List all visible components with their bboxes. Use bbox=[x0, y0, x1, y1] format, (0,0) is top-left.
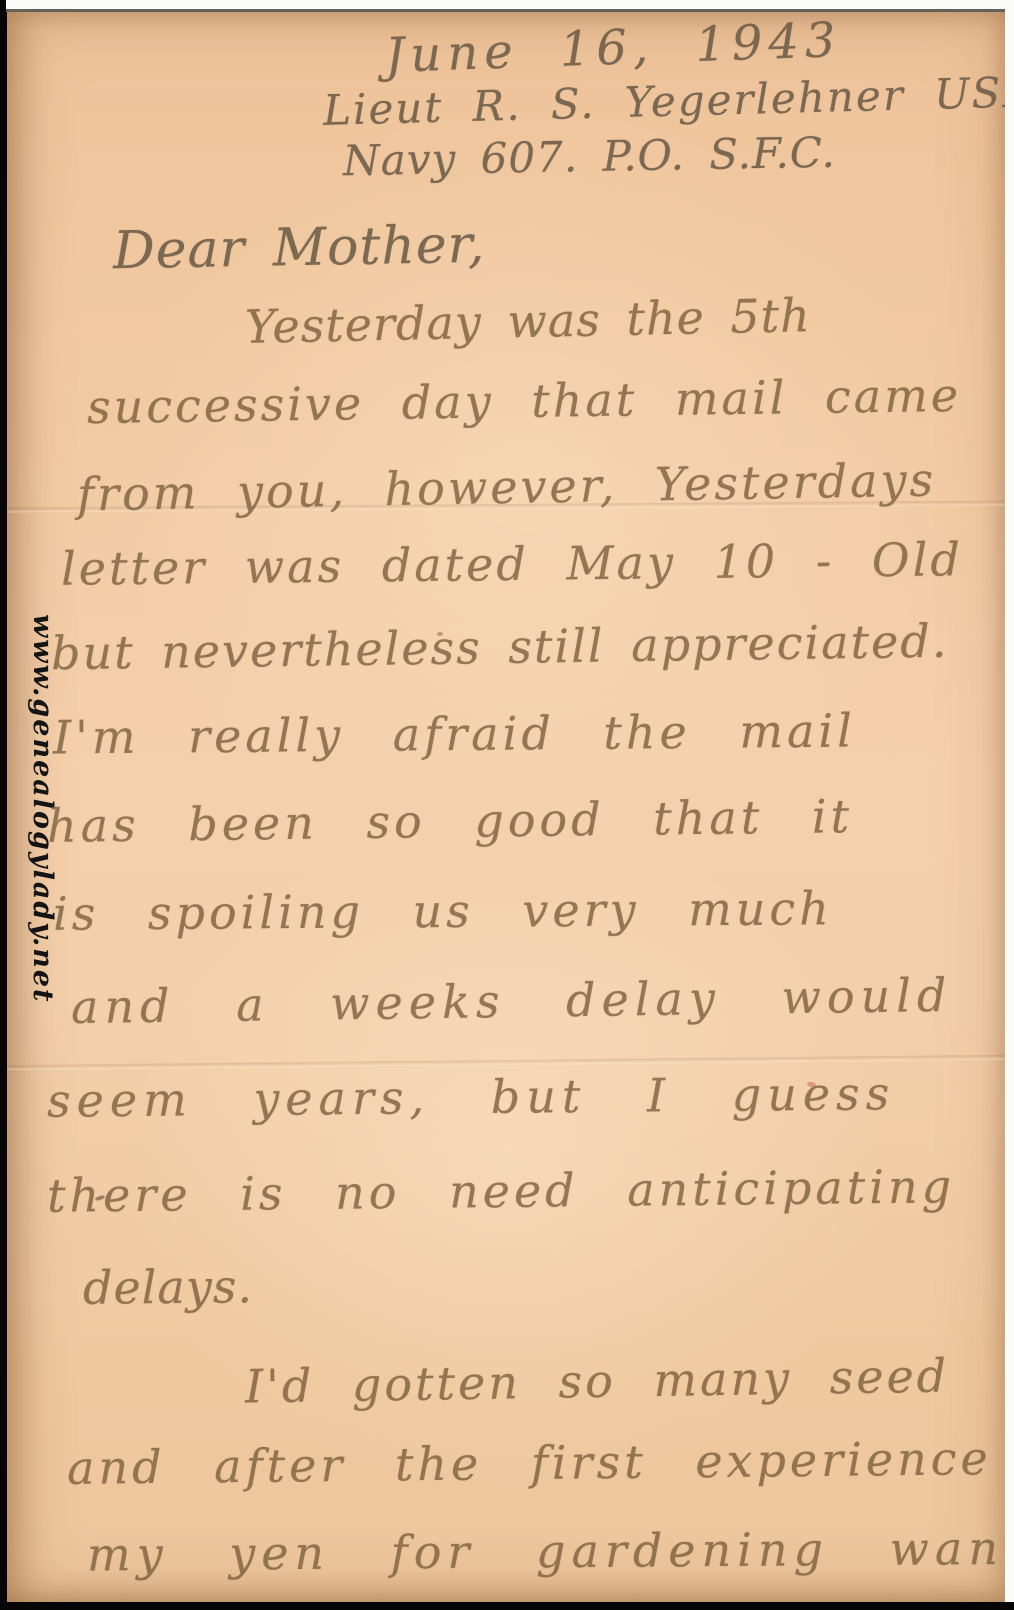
scan-canvas: www.genealogylady.net June 16, 1943 Lieu… bbox=[0, 0, 1014, 1610]
letter-line: letter was dated May 10 - Old bbox=[61, 532, 963, 595]
address-line: Navy 607. P.O. S.F.C. bbox=[343, 128, 837, 186]
letter-line: there is no need anticipating bbox=[47, 1159, 956, 1223]
letter-line: and a weeks delay would bbox=[71, 968, 953, 1034]
scan-edge-right-white bbox=[1005, 0, 1014, 1602]
letter-line: I'm really afraid the mail bbox=[53, 703, 856, 764]
letter-line: successive day that mail came bbox=[87, 368, 962, 434]
scan-edge-top-white bbox=[6, 0, 1014, 9]
letter-line: I'd gotten so many seed bbox=[245, 1348, 950, 1413]
letter-line: but nevertheless still appreciated. bbox=[51, 614, 949, 681]
letter-line: has been so good that it bbox=[47, 789, 854, 853]
letter-line: Yesterday was the 5th bbox=[244, 288, 811, 354]
paper-speck bbox=[437, 632, 443, 636]
letter-line: from you, however, Yesterdays bbox=[77, 453, 937, 522]
letter-line: my yen for gardening waned bbox=[87, 1521, 1005, 1582]
letter-paper: www.genealogylady.net June 16, 1943 Lieu… bbox=[7, 12, 1005, 1602]
letter-line: is spoiling us very much bbox=[53, 881, 833, 940]
letter-line: seem years, but I guess bbox=[47, 1066, 896, 1127]
letter-line: and after the first experience bbox=[67, 1431, 992, 1495]
salutation: Dear Mother, bbox=[113, 215, 486, 281]
letter-line: delays. bbox=[83, 1259, 253, 1314]
